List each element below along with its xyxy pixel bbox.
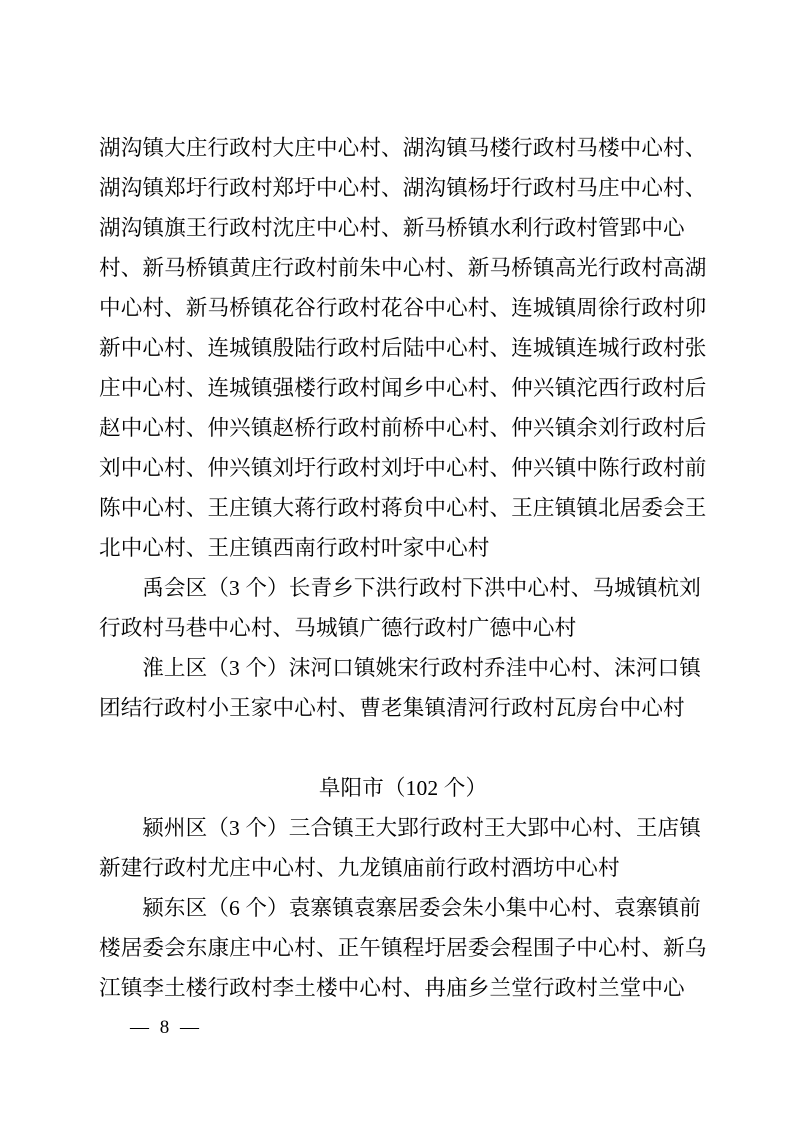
document-body: 湖沟镇大庄行政村大庄中心村、湖沟镇马楼行政村马楼中心村、湖沟镇郑圩行政村郑圩中心… [99, 128, 707, 1008]
body-text-line: 陈中心村、王庄镇大蒋行政村蒋贠中心村、王庄镇镇北居委会王 [99, 488, 707, 528]
body-text-line: 淮上区（3 个）沫河口镇姚宋行政村乔洼中心村、沫河口镇 [99, 648, 707, 688]
body-text-line: 湖沟镇大庄行政村大庄中心村、湖沟镇马楼行政村马楼中心村、 [99, 128, 707, 168]
body-text-line: 中心村、新马桥镇花谷行政村花谷中心村、连城镇周徐行政村卯 [99, 288, 707, 328]
page-number: — 8 — [130, 1014, 200, 1042]
body-text-line: 颍东区（6 个）袁寨镇袁寨居委会朱小集中心村、袁寨镇前 [99, 888, 707, 928]
body-text-line: 新建行政村尤庄中心村、九龙镇庙前行政村酒坊中心村 [99, 848, 707, 888]
document-page: 湖沟镇大庄行政村大庄中心村、湖沟镇马楼行政村马楼中心村、湖沟镇郑圩行政村郑圩中心… [0, 0, 793, 1122]
body-text-line: 行政村马巷中心村、马城镇广德行政村广德中心村 [99, 608, 707, 648]
body-text-line: 庄中心村、连城镇强楼行政村闻乡中心村、仲兴镇沱西行政村后 [99, 368, 707, 408]
body-text-line: 湖沟镇郑圩行政村郑圩中心村、湖沟镇杨圩行政村马庄中心村、 [99, 168, 707, 208]
body-text-line: 北中心村、王庄镇西南行政村叶家中心村 [99, 528, 707, 568]
body-text-line: 湖沟镇旗王行政村沈庄中心村、新马桥镇水利行政村管郢中心 [99, 208, 707, 248]
body-text-line: 禹会区（3 个）长青乡下洪行政村下洪中心村、马城镇杭刘 [99, 568, 707, 608]
body-text-line: 楼居委会东康庄中心村、正午镇程圩居委会程围子中心村、新乌 [99, 928, 707, 968]
body-text-line: 团结行政村小王家中心村、曹老集镇清河行政村瓦房台中心村 [99, 688, 707, 728]
body-text-line: 村、新马桥镇黄庄行政村前朱中心村、新马桥镇高光行政村高湖 [99, 248, 707, 288]
section-heading: 阜阳市（102 个） [99, 768, 707, 808]
body-text-line: 刘中心村、仲兴镇刘圩行政村刘圩中心村、仲兴镇中陈行政村前 [99, 448, 707, 488]
body-text-line: 颍州区（3 个）三合镇王大郢行政村王大郢中心村、王店镇 [99, 808, 707, 848]
body-text-line: 赵中心村、仲兴镇赵桥行政村前桥中心村、仲兴镇余刘行政村后 [99, 408, 707, 448]
body-text-line: 新中心村、连城镇殷陆行政村后陆中心村、连城镇连城行政村张 [99, 328, 707, 368]
blank-line [99, 728, 707, 768]
body-text-line: 江镇李土楼行政村李土楼中心村、冉庙乡兰堂行政村兰堂中心 [99, 968, 707, 1008]
